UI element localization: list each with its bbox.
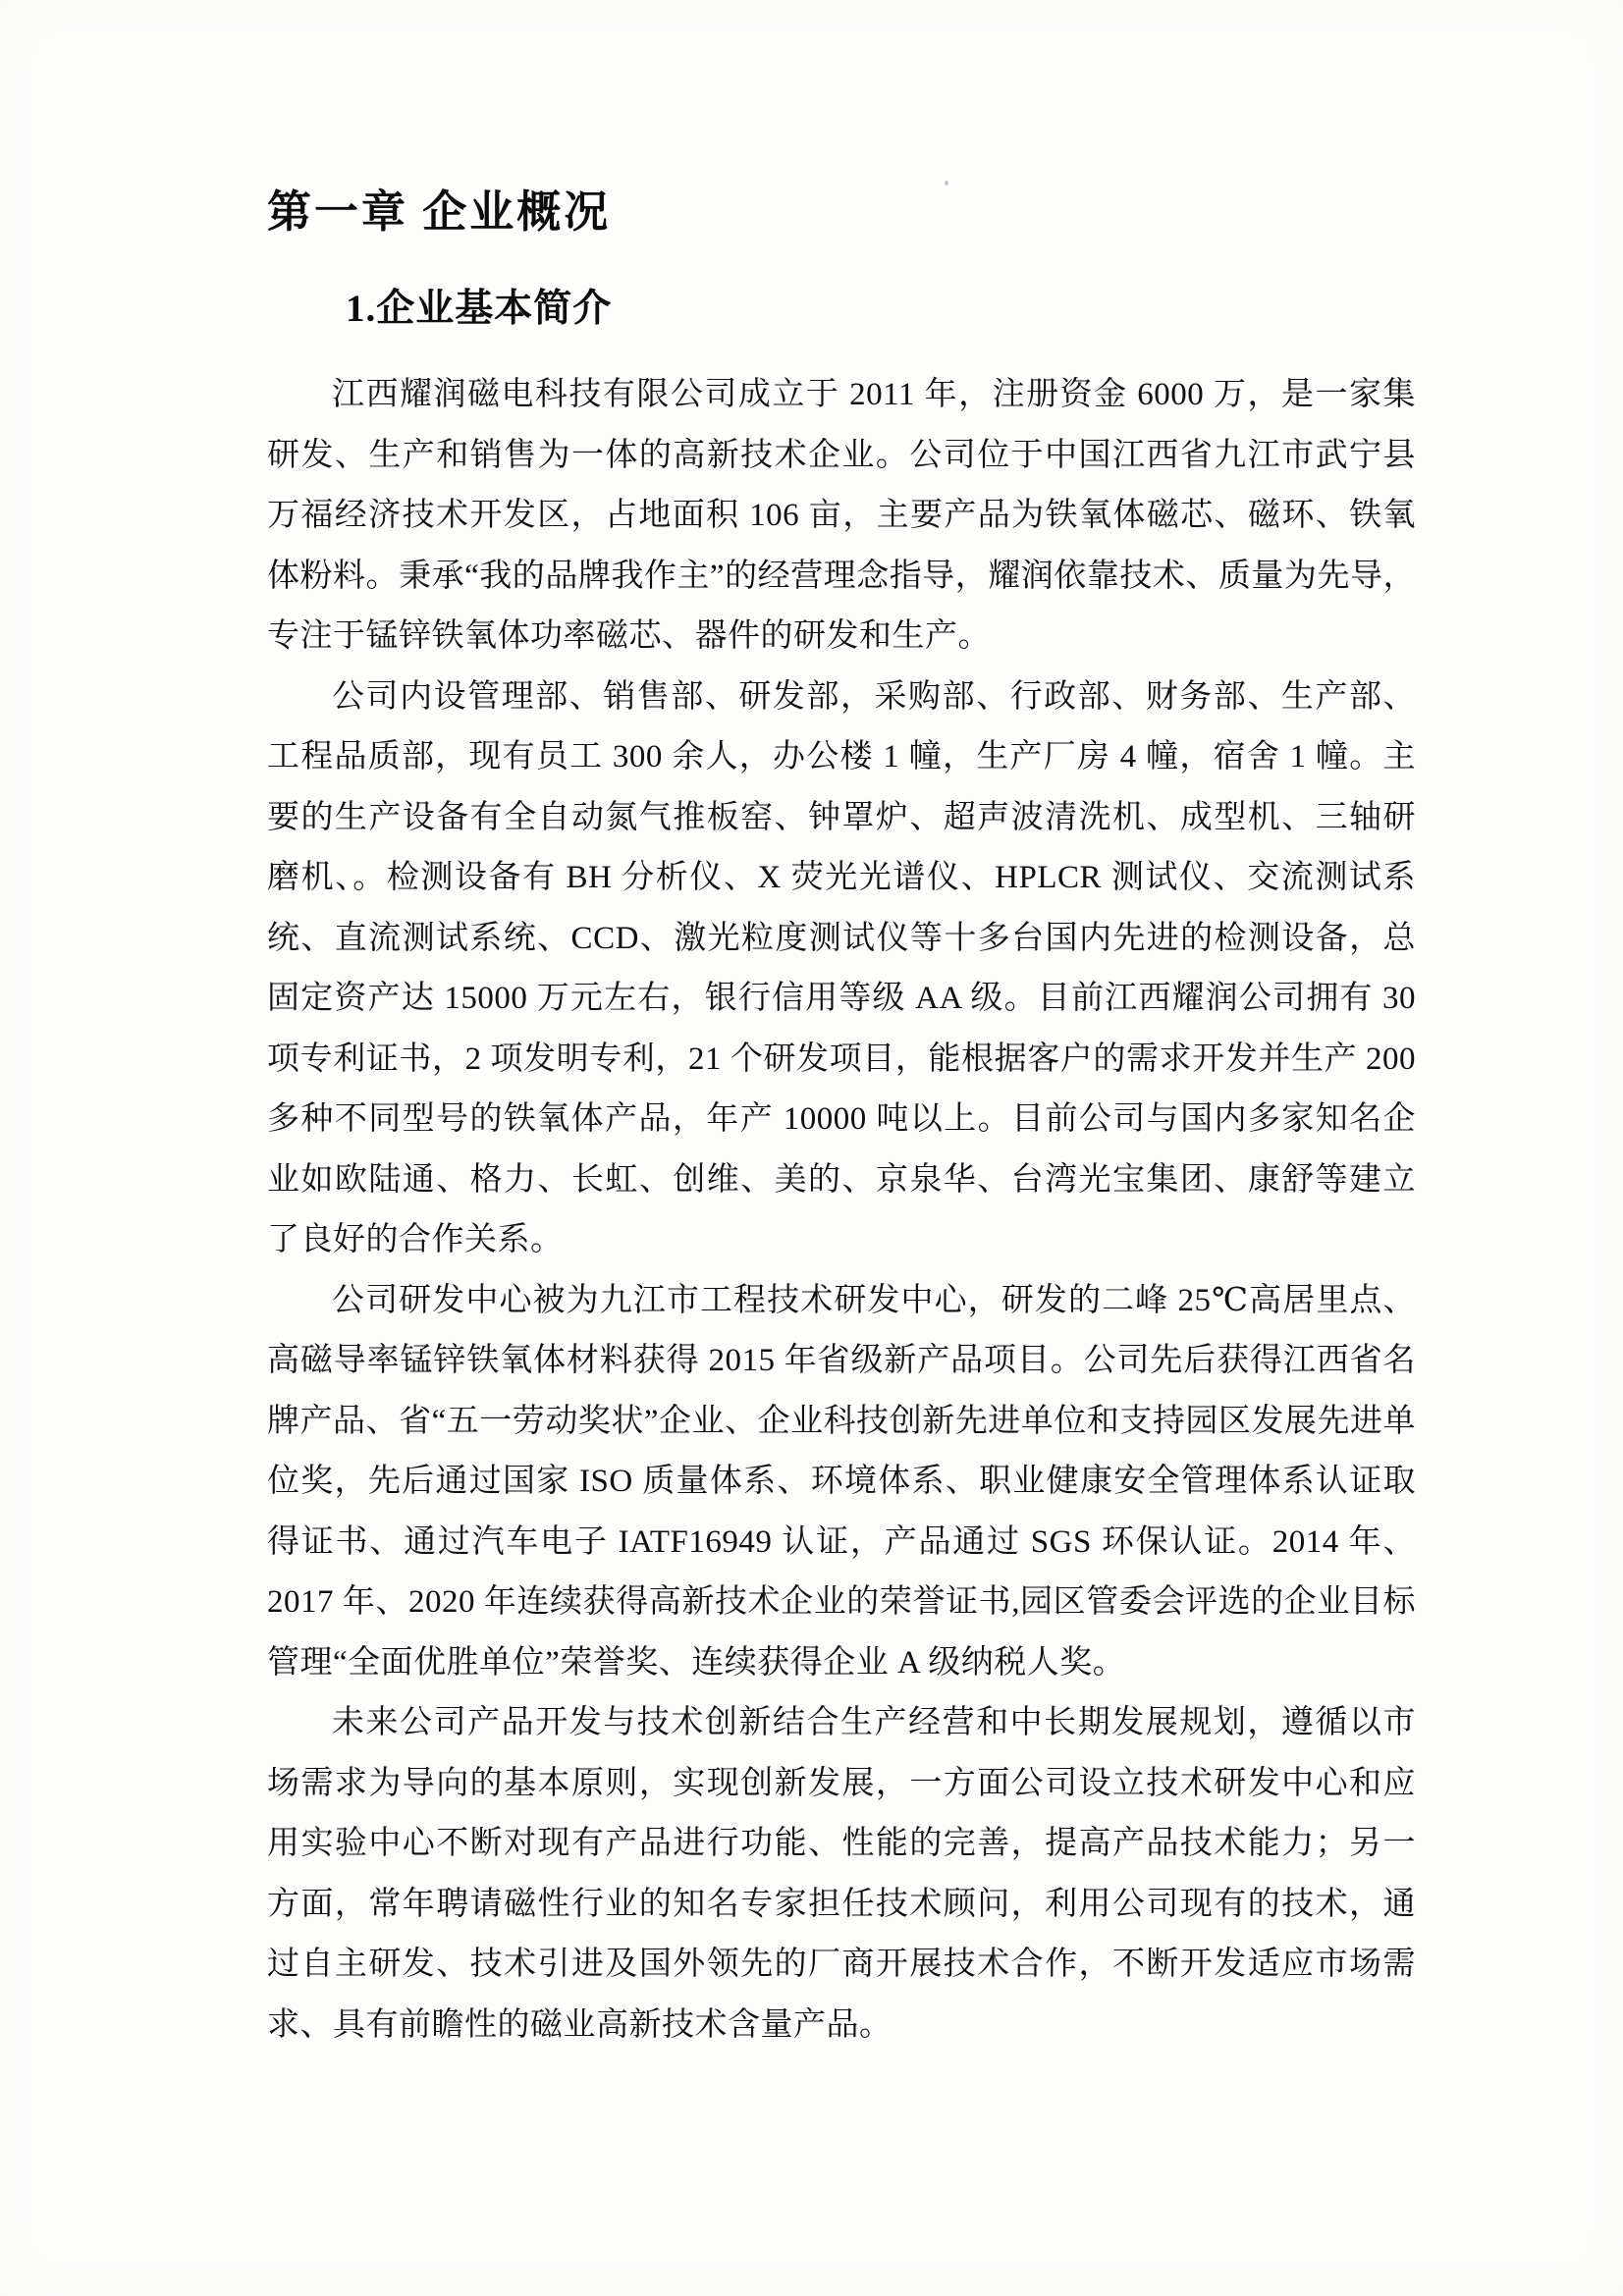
paragraph-future-plan: 未来公司产品开发与技术创新结合生产经营和中长期发展规划，遵循以市场需求为导向的基… (267, 1693, 1416, 2056)
document-content: 第一章 企业概况 1.企业基本简介 江西耀润磁电科技有限公司成立于 2011 年… (267, 188, 1416, 2056)
scan-speck (945, 181, 948, 186)
paragraph-company-intro: 江西耀润磁电科技有限公司成立于 2011 年，注册资金 6000 万，是一家集研… (267, 365, 1416, 667)
document-page: 第一章 企业概况 1.企业基本简介 江西耀润磁电科技有限公司成立于 2011 年… (0, 0, 1623, 2296)
paragraph-departments-equipment: 公司内设管理部、销售部、研发部，采购部、行政部、财务部、生产部、工程品质部，现有… (267, 667, 1416, 1271)
section-title: 1.企业基本简介 (346, 289, 1416, 330)
document-body: 江西耀润磁电科技有限公司成立于 2011 年，注册资金 6000 万，是一家集研… (267, 365, 1416, 2056)
paragraph-rd-awards: 公司研发中心被为九江市工程技术研发中心，研发的二峰 25℃高居里点、高磁导率锰锌… (267, 1271, 1416, 1694)
chapter-title: 第一章 企业概况 (267, 188, 1416, 236)
